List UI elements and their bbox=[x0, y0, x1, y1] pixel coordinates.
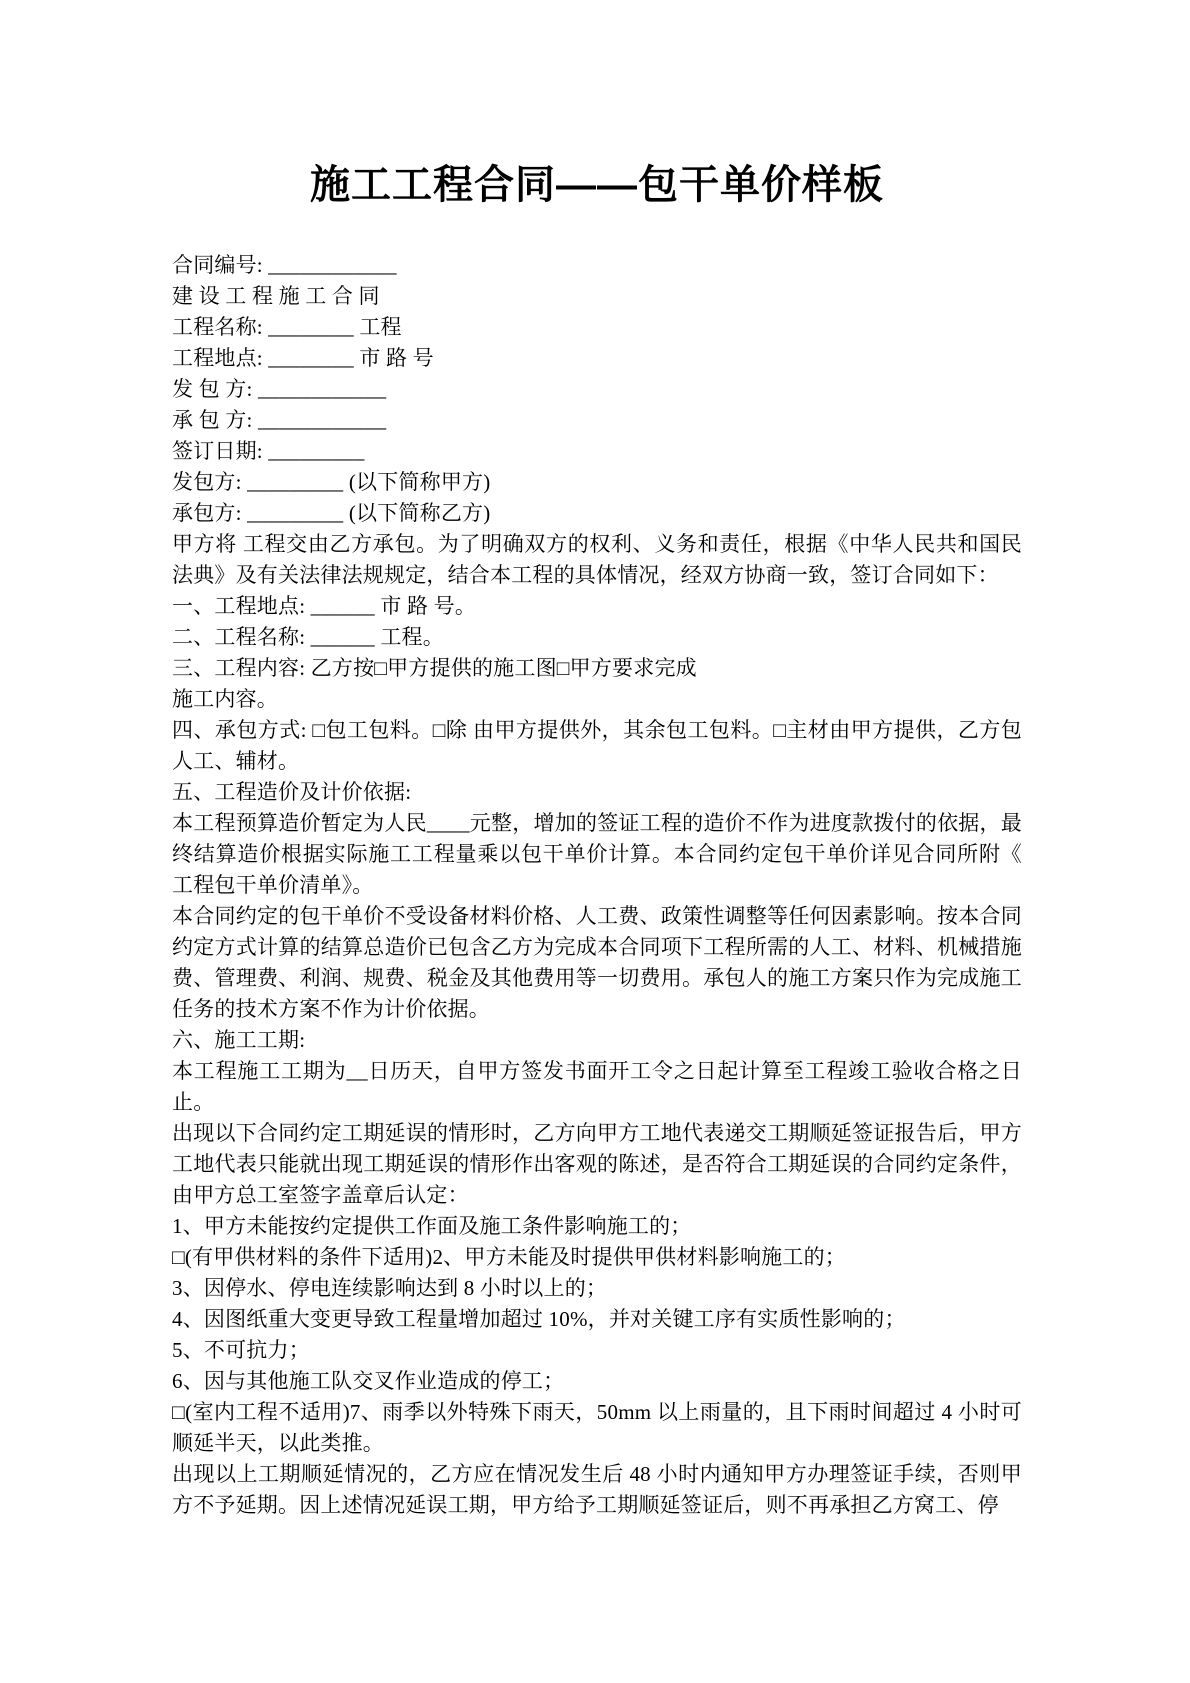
paragraph: 六、施工工期: bbox=[172, 1025, 1022, 1056]
paragraph: 甲方将 工程交由乙方承包。为了明确双方的权利、义务和责任，根据《中华人民共和国民… bbox=[172, 529, 1022, 591]
paragraph: 出现以下合同约定工期延误的情形时，乙方向甲方工地代表递交工期顺延签证报告后，甲方… bbox=[172, 1118, 1022, 1211]
document-title: 施工工程合同——包干单价样板 bbox=[172, 162, 1022, 208]
paragraph: 3、因停水、停电连续影响达到 8 小时以上的； bbox=[172, 1273, 1022, 1304]
paragraph: 1、甲方未能按约定提供工作面及施工条件影响施工的； bbox=[172, 1211, 1022, 1242]
paragraph: 建 设 工 程 施 工 合 同 bbox=[172, 281, 1022, 312]
paragraph: 工程名称: ________ 工程 bbox=[172, 312, 1022, 343]
paragraph: □(室内工程不适用)7、雨季以外特殊下雨天，50mm 以上雨量的，且下雨时间超过… bbox=[172, 1397, 1022, 1459]
paragraph: 承 包 方: ____________ bbox=[172, 405, 1022, 436]
paragraph: 承包方: _________ (以下简称乙方) bbox=[172, 498, 1022, 529]
paragraph: 发 包 方: ____________ bbox=[172, 374, 1022, 405]
paragraph: 三、工程内容: 乙方按□甲方提供的施工图□甲方要求完成 bbox=[172, 653, 1022, 684]
paragraph: 五、工程造价及计价依据: bbox=[172, 777, 1022, 808]
paragraph: 合同编号: ____________ bbox=[172, 250, 1022, 281]
paragraph: 签订日期: _________ bbox=[172, 436, 1022, 467]
paragraph: 二、工程名称: ______ 工程。 bbox=[172, 622, 1022, 653]
paragraph: 四、承包方式: □包工包料。□除 由甲方提供外，其余包工包料。□主材由甲方提供，… bbox=[172, 715, 1022, 777]
document-body: 合同编号: ____________建 设 工 程 施 工 合 同工程名称: _… bbox=[172, 250, 1022, 1521]
paragraph: 5、不可抗力； bbox=[172, 1335, 1022, 1366]
paragraph: 发包方: _________ (以下简称甲方) bbox=[172, 467, 1022, 498]
paragraph: 出现以上工期顺延情况的，乙方应在情况发生后 48 小时内通知甲方办理签证手续，否… bbox=[172, 1459, 1022, 1521]
paragraph: 本工程施工工期为__日历天，自甲方签发书面开工令之日起计算至工程竣工验收合格之日… bbox=[172, 1056, 1022, 1118]
paragraph: 施工内容。 bbox=[172, 684, 1022, 715]
paragraph: 工程地点: ________ 市 路 号 bbox=[172, 343, 1022, 374]
contract-document-page: 施工工程合同——包干单价样板 合同编号: ____________建 设 工 程… bbox=[0, 0, 1190, 1683]
paragraph: 4、因图纸重大变更导致工程量增加超过 10%，并对关键工序有实质性影响的； bbox=[172, 1304, 1022, 1335]
paragraph: □(有甲供材料的条件下适用)2、甲方未能及时提供甲供材料影响施工的； bbox=[172, 1242, 1022, 1273]
paragraph: 一、工程地点: ______ 市 路 号。 bbox=[172, 591, 1022, 622]
paragraph: 本工程预算造价暂定为人民____元整，增加的签证工程的造价不作为进度款拨付的依据… bbox=[172, 808, 1022, 901]
paragraph: 本合同约定的包干单价不受设备材料价格、人工费、政策性调整等任何因素影响。按本合同… bbox=[172, 901, 1022, 1025]
paragraph: 6、因与其他施工队交叉作业造成的停工； bbox=[172, 1366, 1022, 1397]
